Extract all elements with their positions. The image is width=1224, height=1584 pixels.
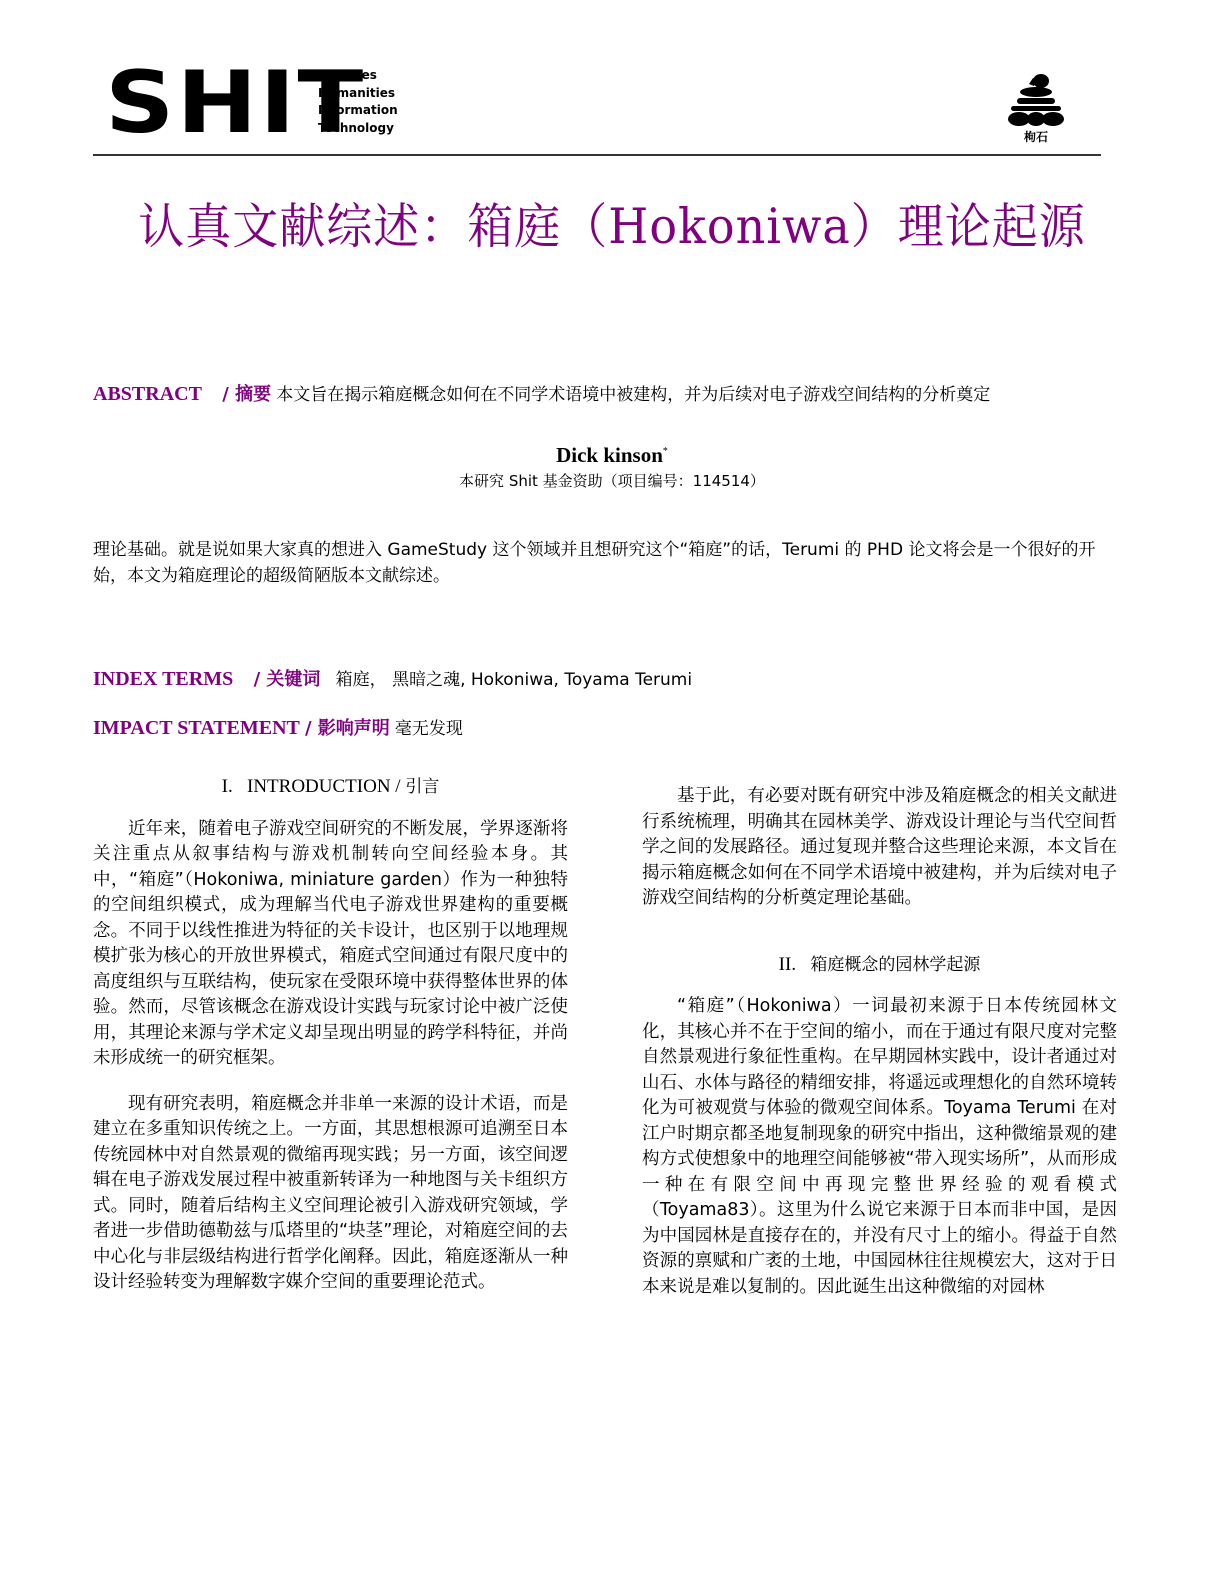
emblem-label: 枸石: [1001, 128, 1071, 145]
index-terms-block: INDEX TERMS / 关键词 箱庭， 黑暗之魂, Hokoniwa, To…: [93, 665, 692, 691]
impact-statement-block: IMPACT STATEMENT / 影响声明 毫无发现: [93, 714, 463, 740]
abstract-block: ABSTRACT / 摘要 本文旨在揭示箱庭概念如何在不同学术语境中被建构，并为…: [93, 380, 1133, 406]
funding-note: 本研究 Shit 基金资助（项目编号：114514）: [0, 470, 1224, 491]
emblem: 枸石: [1001, 68, 1071, 146]
stacked-stones-icon: [1001, 68, 1071, 128]
section-heading-introduction: I. INTRODUCTION / 引言: [93, 774, 568, 801]
logo-sub-line: Sciences: [318, 67, 398, 85]
index-terms-value: 箱庭， 黑暗之魂, Hokoniwa, Toyama Terumi: [336, 670, 692, 690]
section-heading-zh: 引言: [405, 777, 439, 797]
paper-title: 认真文献综述：箱庭（Hokoniwa）理论起源: [0, 188, 1224, 257]
abstract-text: 本文旨在揭示箱庭概念如何在不同学术语境中被建构，并为后续对电子游戏空间结构的分析…: [276, 385, 990, 405]
author-name: Dick kinson*: [0, 443, 1224, 468]
body-paragraph: “箱庭”（Hokoniwa）一词最初来源于日本传统园林文化，其核心并不在于空间的…: [642, 994, 1117, 1300]
header-divider: [93, 154, 1101, 156]
impact-statement-label: IMPACT STATEMENT: [93, 717, 300, 739]
journal-header: SHIT Sciences Humanities Information Tec…: [93, 60, 1101, 156]
section-heading-zh: 箱庭概念的园林学起源: [810, 955, 980, 975]
body-paragraph: 基于此，有必要对既有研究中涉及箱庭概念的相关文献进行系统梳理，明确其在园林美学、…: [642, 784, 1117, 912]
section-heading-garden-origin: II. 箱庭概念的园林学起源: [642, 952, 1117, 979]
abstract-continued: 理论基础。就是说如果大家真的想进入 GameStudy 这个领域并且想研究这个“…: [93, 537, 1123, 589]
logo-sub-line: Information: [318, 102, 398, 120]
impact-statement-label-zh: / 影响声明: [305, 718, 390, 739]
impact-statement-value: 毫无发现: [395, 719, 463, 739]
body-paragraph: 近年来，随着电子游戏空间研究的不断发展，学界逐渐将关注重点从叙事结构与游戏机制转…: [93, 817, 568, 1072]
column-right: 基于此，有必要对既有研究中涉及箱庭概念的相关文献进行系统梳理，明确其在园林美学、…: [642, 784, 1117, 1320]
logo-sub-line: Technology: [318, 120, 398, 138]
column-left: I. INTRODUCTION / 引言 近年来，随着电子游戏空间研究的不断发展…: [93, 774, 568, 1316]
author-name-text: Dick kinson: [556, 443, 663, 467]
logo-sub-line: Humanities: [318, 85, 398, 103]
index-terms-label-zh: / 关键词: [254, 669, 321, 690]
abstract-label-zh: / 摘要: [222, 384, 271, 405]
index-terms-label: INDEX TERMS: [93, 668, 233, 690]
journal-logo-subtitle: Sciences Humanities Information Technolo…: [318, 67, 398, 137]
section-heading-en: INTRODUCTION /: [247, 776, 401, 797]
section-numeral: I.: [222, 776, 233, 797]
section-numeral: II.: [779, 954, 796, 975]
abstract-label: ABSTRACT: [93, 383, 202, 405]
body-paragraph: 现有研究表明，箱庭概念并非单一来源的设计术语，而是建立在多重知识传统之上。一方面…: [93, 1092, 568, 1296]
author-footnote-mark: *: [663, 446, 668, 457]
